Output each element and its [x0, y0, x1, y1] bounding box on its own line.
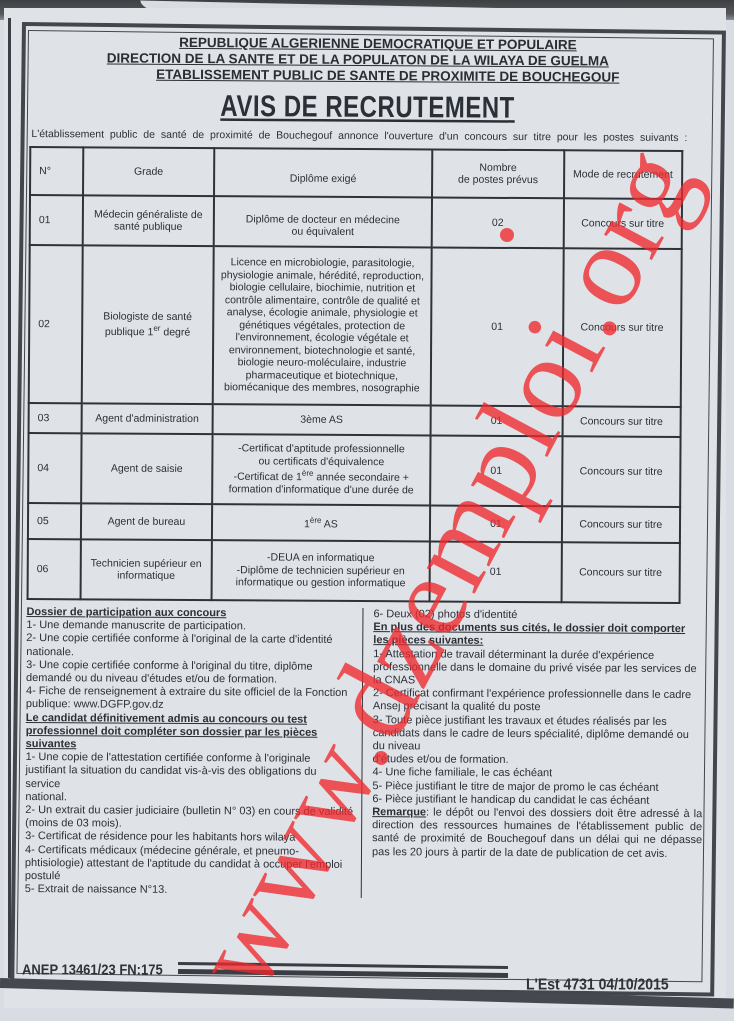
admis-item: 1- Une copie de l'attestation certifiée … — [25, 751, 353, 793]
footer-rule-thick — [178, 969, 508, 978]
footer: ANEP 13461/23 FN:175 L'Est 4731 04/10/20… — [0, 958, 734, 1021]
row-diplome-a: -Certificat d'aptitude professionnelle o… — [217, 442, 426, 468]
row-mode: Concours sur titre — [561, 542, 680, 603]
row-diplome: -DEUA en informatique-Diplôme de technic… — [211, 540, 430, 601]
plus-item: 1- Attestation de travail déterminant la… — [373, 648, 703, 690]
announcement-content: REPUBLIQUE ALGERIENNE DEMOCRATIQUE ET PO… — [23, 34, 708, 901]
col-header-diplome-text: Diplôme exigé — [290, 172, 357, 184]
row-grade: Agent de bureau — [81, 503, 212, 540]
title-text: AVIS DE RECRUTEMENT — [220, 90, 515, 126]
plus-title: En plus des documents sus cités, le doss… — [373, 621, 703, 649]
table-row: 06 Technicien supérieur en informatique … — [28, 539, 680, 603]
plus-item: 3- Toute pièce justifiant les travaux et… — [373, 714, 703, 756]
row-num: 05 — [28, 503, 81, 539]
row-nombre: 01 — [431, 247, 563, 406]
right-column: 6- Deux (02) photos d'identité En plus d… — [362, 608, 704, 901]
row-diplome-b: -Diplôme de technicien supérieur en info… — [216, 564, 425, 590]
admis-item: 2- Un extrait du casier judiciaire (bull… — [25, 804, 353, 832]
col-header-mode: Mode de recrutement — [564, 150, 683, 199]
col-header-nombre-l2: de postes prévus — [458, 174, 538, 186]
row-mode: Concours sur titre — [562, 436, 681, 507]
remarque: Remarque: le dépôt ou l'envoi des dossie… — [372, 806, 702, 861]
watermark-dot — [500, 228, 514, 242]
row-grade-text-end: degré — [160, 327, 190, 339]
publication-reference: L'Est 4731 04/10/2015 — [526, 975, 669, 993]
table-row: 05 Agent de bureau 1ère AS 01 Concours s… — [28, 503, 680, 543]
table-row: 03 Agent d'administration 3ème AS 01 Con… — [29, 403, 681, 437]
row-diplome: 1ère AS — [212, 504, 431, 541]
row-diplome-b-text: -Certificat de 1 — [234, 471, 302, 483]
footer-rule — [178, 962, 508, 969]
row-diplome-b-sup: ère — [302, 469, 314, 478]
header-line-etablissement: ETABLISSEMENT PUBLIC DE SANTE DE PROXIMI… — [28, 66, 708, 86]
row-diplome: -Certificat d'aptitude professionnelle o… — [212, 434, 431, 505]
row-mode: Concours sur titre — [562, 406, 681, 437]
requirements-section: Dossier de participation aux concours 1-… — [23, 606, 705, 901]
row-num: 06 — [28, 539, 82, 599]
row-grade: Biologiste de santé publique 1er degré — [82, 245, 213, 404]
row-grade: Médecin généraliste de santé publique — [83, 195, 214, 246]
row-mode: Concours sur titre — [563, 198, 682, 249]
table-row: 04 Agent de saisie -Certificat d'aptitud… — [28, 433, 680, 507]
row-diplome-b: -Certificat de 1ère année secondaire + f… — [217, 467, 426, 497]
row-nombre: 01 — [430, 435, 562, 506]
table-header-row: N° Grade Diplôme exigé Nombrede postes p… — [30, 147, 682, 199]
table-row: 02 Biologiste de santé publique 1er degr… — [29, 245, 682, 407]
dossier-item: 2- Une copie certifiée conforme à l'orig… — [26, 632, 354, 660]
row-nombre: 01 — [430, 505, 562, 542]
row-grade: Agent d'administration — [82, 403, 213, 434]
col-header-nombre-l1: Nombre — [479, 161, 516, 173]
row-diplome: Licence en microbiologie, parasitologie,… — [212, 246, 432, 405]
admis-title: Le candidat définitivement admis au conc… — [26, 712, 354, 754]
row-diplome: 3ème AS — [212, 404, 431, 435]
row-nombre: 01 — [431, 405, 563, 436]
row-nombre: 02 — [432, 197, 564, 248]
row-grade: Technicien supérieur en informatique — [81, 539, 212, 600]
left-border-rule — [8, 18, 11, 978]
plus-item: 2- Certificat confirmant l'expérience pr… — [373, 687, 703, 715]
left-column: Dossier de participation aux concours 1-… — [23, 606, 364, 899]
table-row: 01 Médecin généraliste de santé publique… — [30, 195, 682, 249]
remarque-label: Remarque — [372, 806, 426, 818]
admis-item: 4- Certificats médicaux (médecine généra… — [25, 844, 353, 886]
row-num: 04 — [28, 433, 82, 503]
row-diplome-sup: ère — [310, 516, 322, 525]
row-grade: Agent de saisie — [81, 433, 212, 504]
col-header-grade: Grade — [83, 147, 214, 196]
header: REPUBLIQUE ALGERIENNE DEMOCRATIQUE ET PO… — [28, 34, 708, 86]
intro-paragraph: L'établissement public de santé de proxi… — [31, 128, 707, 144]
page-title: AVIS DE RECRUTEMENT — [27, 88, 707, 127]
row-mode: Concours sur titre — [562, 248, 681, 407]
dossier-item: 4- Fiche de renseignement à extraire du … — [26, 685, 354, 713]
row-num: 03 — [29, 403, 82, 433]
row-mode: Concours sur titre — [562, 506, 681, 543]
col-header-num: N° — [30, 147, 83, 195]
row-diplome: Diplôme de docteur en médecine ou équiva… — [213, 196, 432, 247]
anep-reference: ANEP 13461/23 FN:175 — [22, 961, 163, 978]
col-header-diplome: Diplôme exigé — [214, 148, 433, 197]
row-diplome-text-end: AS — [321, 518, 337, 530]
admis-item: 5- Extrait de naissance N°13. — [25, 883, 353, 898]
row-nombre: 01 — [430, 541, 562, 602]
positions-table: N° Grade Diplôme exigé Nombrede postes p… — [27, 146, 684, 604]
row-num: 02 — [29, 245, 83, 403]
newspaper-page: REPUBLIQUE ALGERIENNE DEMOCRATIQUE ET PO… — [4, 8, 726, 1008]
col-header-nombre: Nombrede postes prévus — [432, 149, 564, 198]
dossier-item: 3- Une copie certifiée conforme à l'orig… — [26, 659, 354, 687]
row-num: 01 — [30, 195, 83, 245]
